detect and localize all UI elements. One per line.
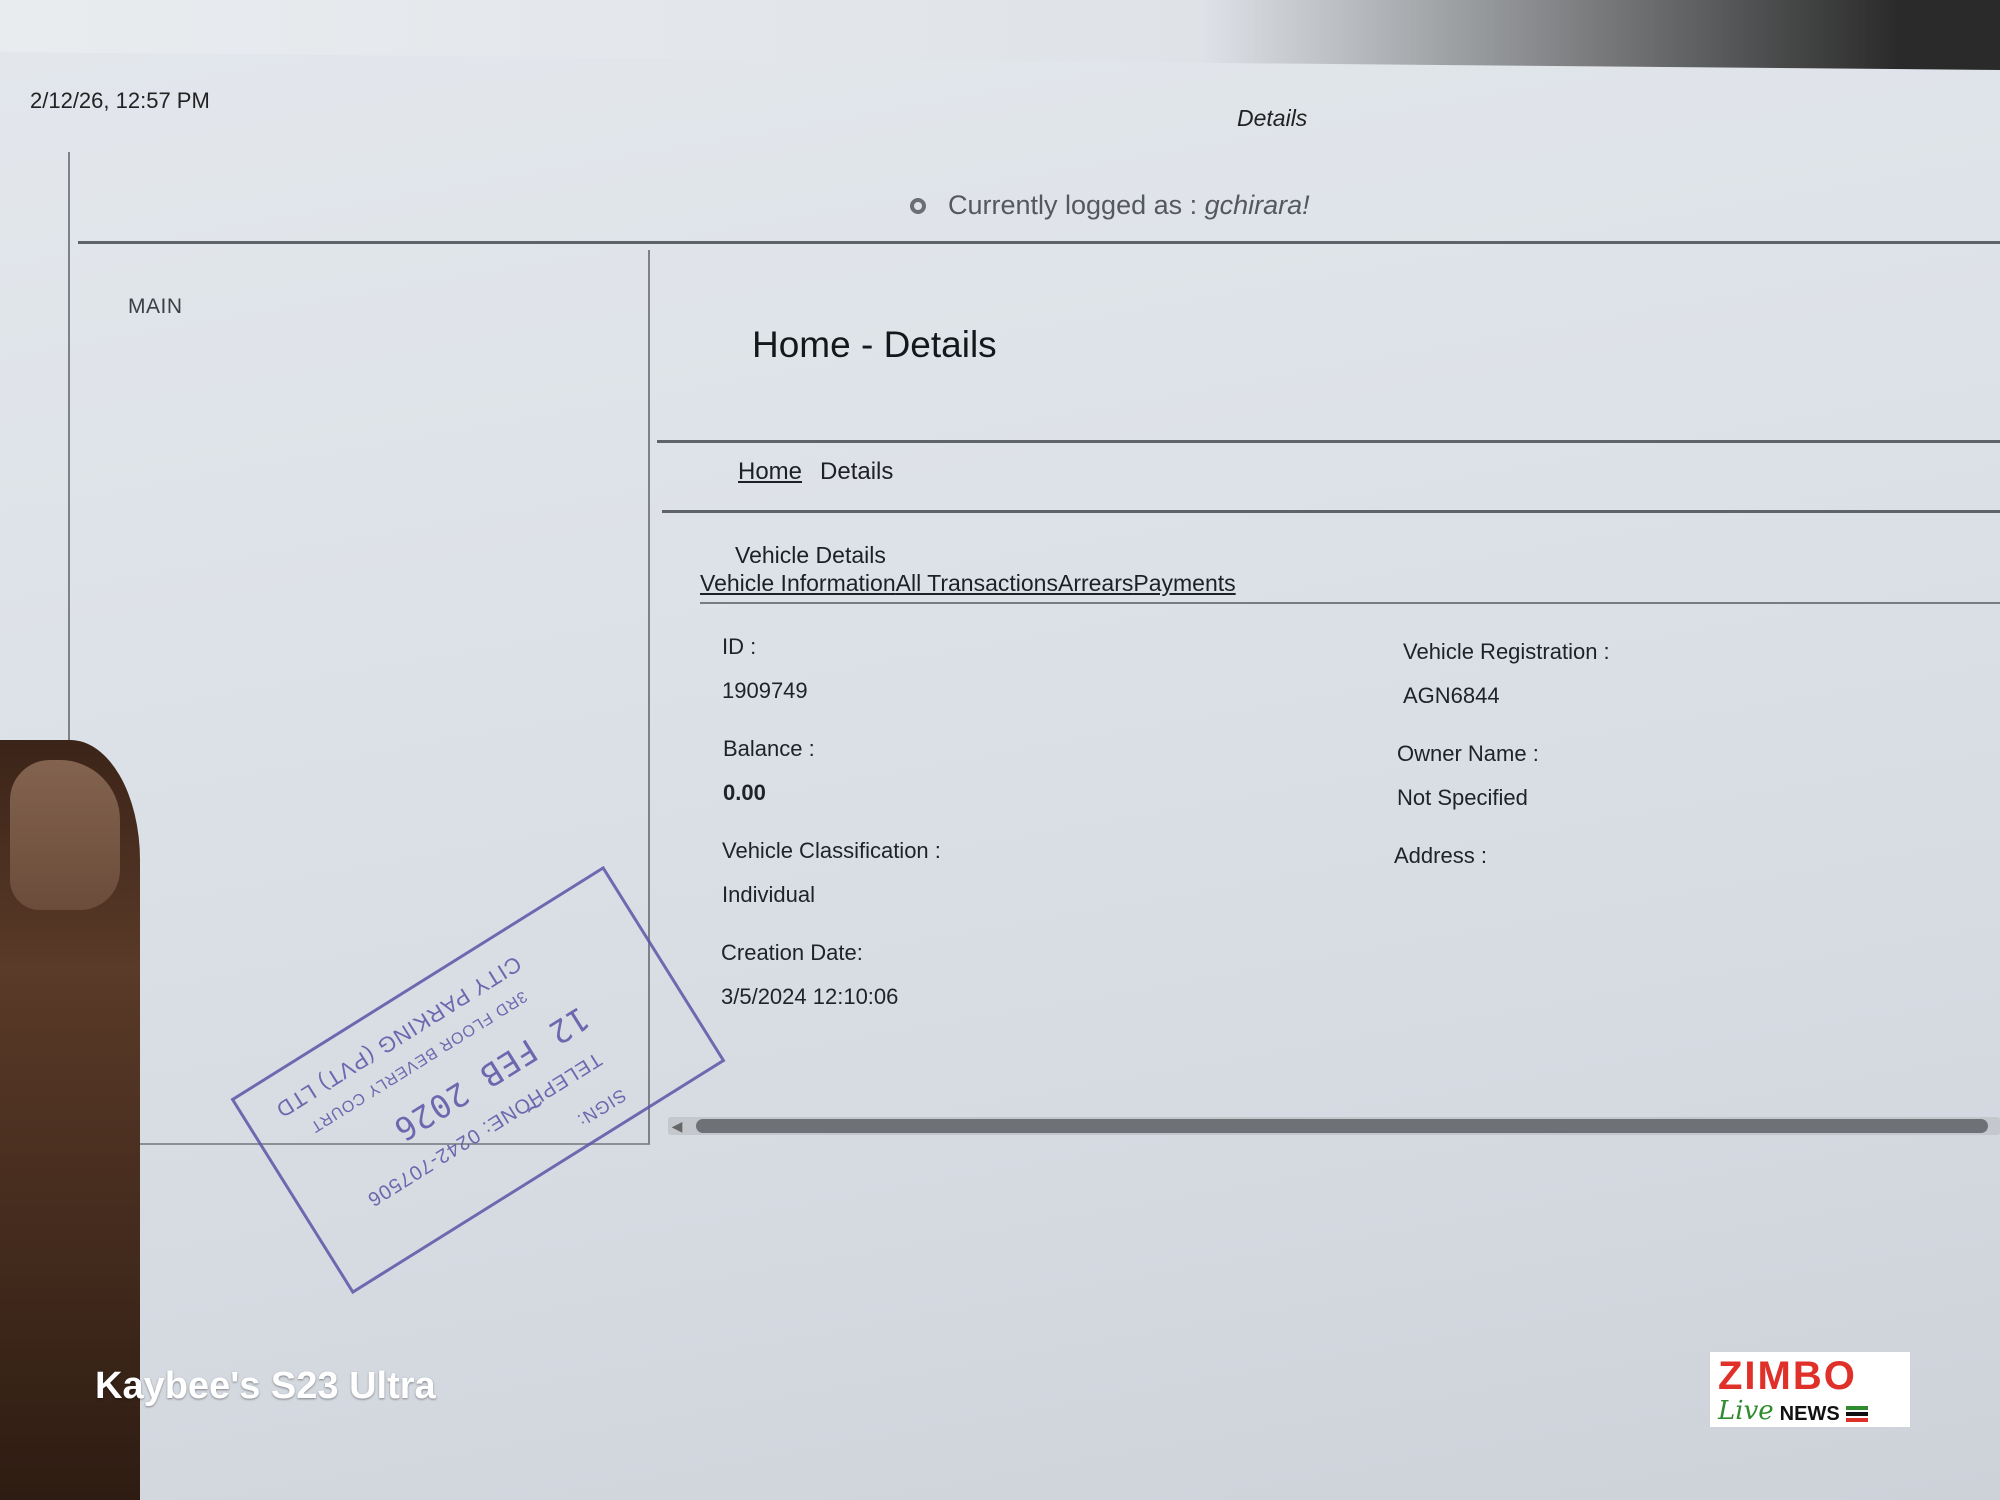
field-value: 0.00 (723, 780, 815, 806)
tab-arrears[interactable]: Arrears (1058, 570, 1133, 597)
field-label: Creation Date: (721, 940, 898, 966)
field-owner-name: Owner Name : Not Specified (1397, 741, 1539, 811)
field-value: AGN6844 (1403, 683, 1610, 709)
field-vehicle-registration: Vehicle Registration : AGN6844 (1403, 639, 1610, 709)
breadcrumb: Home Details (738, 458, 893, 486)
field-creation-date: Creation Date: 3/5/2024 12:10:06 (721, 940, 898, 1010)
page-title: Home - Details (752, 324, 997, 366)
tab-vehicle-information[interactable]: Vehicle Information (700, 570, 896, 597)
field-value: 1909749 (722, 678, 808, 704)
section-title: Vehicle Details (735, 542, 886, 569)
flag-stripes-icon (1846, 1406, 1868, 1422)
print-timestamp: 2/12/26, 12:57 PM (30, 88, 210, 114)
field-id: ID : 1909749 (722, 634, 808, 704)
thumb (10, 760, 120, 910)
divider (662, 510, 2000, 513)
stamp-sign-label: SIGN: (573, 1084, 630, 1130)
horizontal-scrollbar[interactable]: ◀ (668, 1117, 2000, 1135)
sidebar-section-main: MAIN (128, 295, 183, 319)
field-label: Vehicle Registration : (1403, 639, 1610, 665)
field-label: ID : (722, 634, 808, 660)
main-content: Home - Details Home Details Vehicle Deta… (652, 252, 2000, 1122)
circle-dot-icon (910, 198, 926, 214)
field-address: Address : (1394, 843, 1487, 887)
vehicle-tabs: Vehicle InformationAll TransactionsArrea… (700, 570, 1236, 597)
field-label: Vehicle Classification : (722, 838, 941, 864)
field-value: Not Specified (1397, 785, 1539, 811)
camera-watermark: Kaybee's S23 Ultra (95, 1365, 436, 1408)
field-balance: Balance : 0.00 (723, 736, 815, 806)
logged-in-status: Currently logged as : gchirara! (910, 190, 1310, 221)
logged-in-label: Currently logged as : (948, 190, 1205, 220)
tab-payments[interactable]: Payments (1133, 570, 1235, 597)
logo-zimbo: ZIMBO (1718, 1356, 1902, 1396)
zimbo-live-news-logo: ZIMBO Live NEWS (1710, 1352, 1910, 1427)
field-label: Address : (1394, 843, 1487, 869)
logo-news: NEWS (1780, 1403, 1840, 1426)
field-label: Balance : (723, 736, 815, 762)
breadcrumb-home[interactable]: Home (738, 458, 802, 486)
username: gchirara! (1205, 190, 1310, 220)
breadcrumb-details: Details (820, 458, 893, 486)
scrollbar-thumb[interactable] (696, 1119, 1988, 1133)
field-value: 3/5/2024 12:10:06 (721, 984, 898, 1010)
scroll-left-arrow-icon[interactable]: ◀ (668, 1117, 686, 1135)
divider (657, 440, 2000, 443)
field-value: Individual (722, 882, 941, 908)
field-vehicle-classification: Vehicle Classification : Individual (722, 838, 941, 908)
logo-live: Live (1718, 1396, 1774, 1426)
tab-all-transactions[interactable]: All Transactions (896, 570, 1058, 597)
print-page-title: Details (1237, 105, 1307, 132)
divider (700, 602, 2000, 604)
field-label: Owner Name : (1397, 741, 1539, 767)
